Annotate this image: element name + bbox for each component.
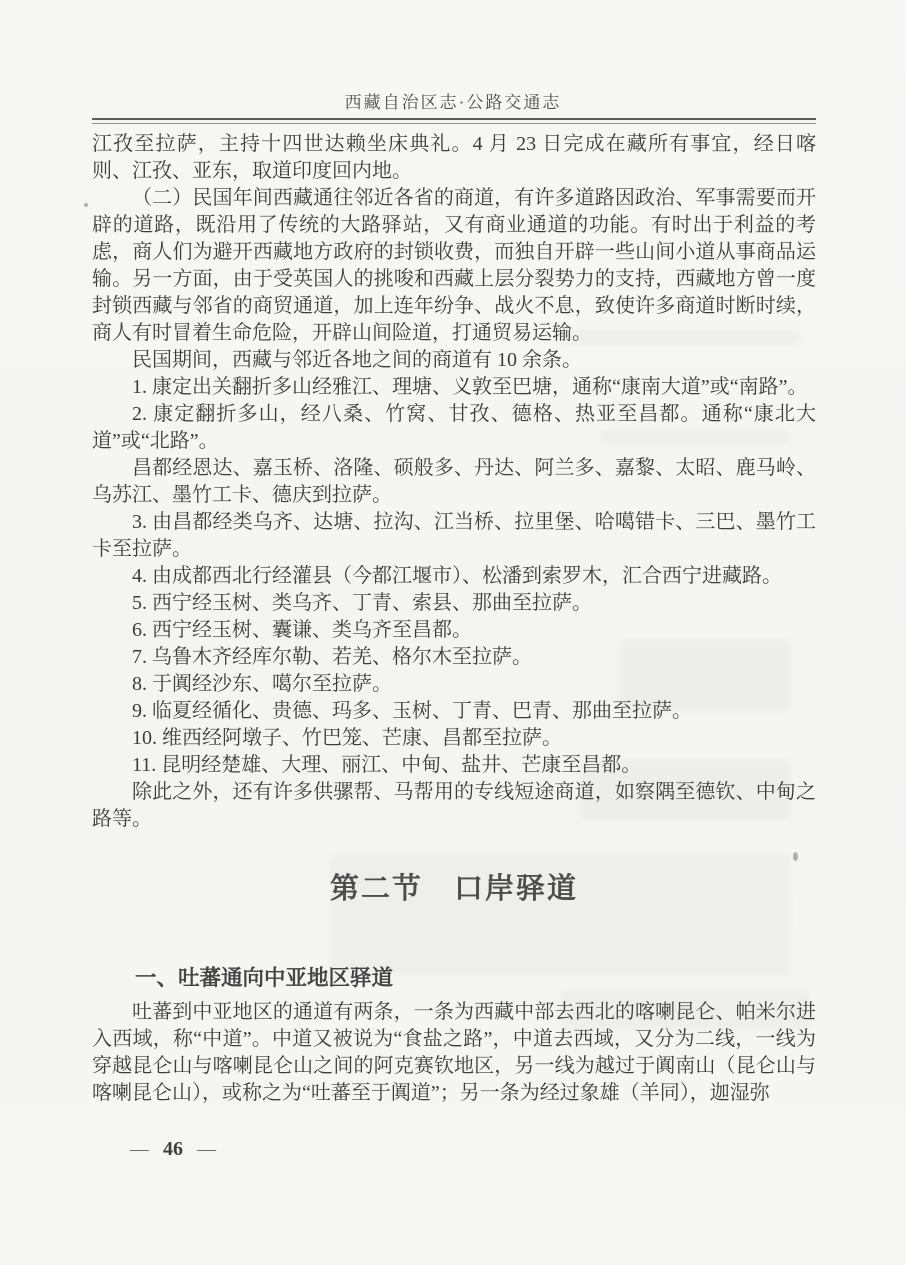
paragraph: 2. 康定翻折多山，经八桑、竹窝、甘孜、德格、热亚至昌都。通称“康北大道”或“北… — [92, 401, 816, 455]
paragraph: 江孜至拉萨，主持十四世达赖坐床典礼。4 月 23 日完成在藏所有事宜，经日喀则、… — [92, 131, 816, 185]
paragraph: 11. 昆明经楚雄、大理、丽江、中甸、盐井、芒康至昌都。 — [92, 752, 816, 779]
running-header-title: 西藏自治区志·公路交通志 — [0, 88, 906, 113]
paragraph: 吐蕃到中亚地区的通道有两条，一条为西藏中部去西北的喀喇昆仑、帕米尔进入西域，称“… — [92, 999, 816, 1107]
paragraph: 除此之外，还有许多供骡帮、马帮用的专线短途商道，如察隅至德钦、中甸之路等。 — [92, 779, 816, 833]
section-heading: 第二节 口岸驿道 — [92, 876, 816, 903]
paragraph: （二）民国年间西藏通往邻近各省的商道，有许多道路因政治、军事需要而开辟的道路，既… — [92, 185, 816, 347]
page-body: 江孜至拉萨，主持十四世达赖坐床典礼。4 月 23 日完成在藏所有事宜，经日喀则、… — [92, 131, 816, 1107]
page-number: 46 — [163, 1138, 183, 1161]
paragraph-list-bottom: 吐蕃到中亚地区的通道有两条，一条为西藏中部去西北的喀喇昆仑、帕米尔进入西域，称“… — [92, 999, 816, 1107]
paragraph: 1. 康定出关翻折多山经雅江、理塘、义敦至巴塘，通称“康南大道”或“南路”。 — [92, 374, 816, 401]
header-double-rule — [92, 118, 816, 124]
page-number-footer: — 46 — — [130, 1138, 216, 1161]
subsection-heading: 一、吐蕃通向中亚地区驿道 — [92, 965, 816, 992]
paragraph: 4. 由成都西北行经灌县（今都江堰市）、松潘到索罗木，汇合西宁进藏路。 — [92, 563, 816, 590]
paragraph: 5. 西宁经玉树、类乌齐、丁青、索县、那曲至拉萨。 — [92, 590, 816, 617]
paragraph: 7. 乌鲁木齐经库尔勒、若羌、格尔木至拉萨。 — [92, 644, 816, 671]
paragraph-list-top: 江孜至拉萨，主持十四世达赖坐床典礼。4 月 23 日完成在藏所有事宜，经日喀则、… — [92, 131, 816, 833]
scan-speck — [84, 203, 88, 207]
paragraph: 3. 由昌都经类乌齐、达塘、拉沟、江当桥、拉里堡、哈噶错卡、三巴、墨竹工卡至拉萨… — [92, 509, 816, 563]
page-number-left-dash: — — [130, 1139, 149, 1161]
scanned-book-page: 西藏自治区志·公路交通志 江孜至拉萨，主持十四世达赖坐床典礼。4 月 23 日完… — [0, 0, 906, 1265]
paragraph: 6. 西宁经玉树、囊谦、类乌齐至昌都。 — [92, 617, 816, 644]
paragraph: 9. 临夏经循化、贵德、玛多、玉树、丁青、巴青、那曲至拉萨。 — [92, 698, 816, 725]
paragraph: 8. 于阗经沙东、噶尔至拉萨。 — [92, 671, 816, 698]
paragraph: 民国期间，西藏与邻近各地之间的商道有 10 余条。 — [92, 347, 816, 374]
paragraph: 昌都经恩达、嘉玉桥、洛隆、硕般多、丹达、阿兰多、嘉黎、太昭、鹿马岭、乌苏江、墨竹… — [92, 455, 816, 509]
page-number-right-dash: — — [197, 1139, 216, 1161]
paragraph: 10. 维西经阿墩子、竹巴笼、芒康、昌都至拉萨。 — [92, 725, 816, 752]
